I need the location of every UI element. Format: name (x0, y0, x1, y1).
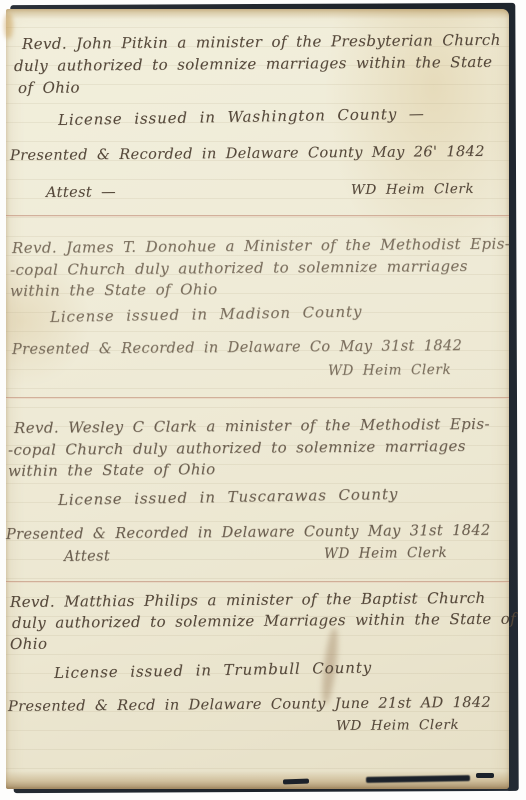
entry-divider (6, 215, 509, 216)
clerk-signature: WD Heim Clerk (336, 717, 459, 734)
entry-body-line: of Ohio (18, 78, 80, 97)
clerk-signature: WD Heim Clerk (351, 181, 474, 198)
attest-label: Attest — (46, 184, 116, 201)
ink-smudge (476, 773, 494, 778)
clerk-signature: WD Heim Clerk (324, 545, 447, 562)
paper-top-browned-edge (6, 9, 509, 19)
attest-label: Attest (64, 549, 110, 565)
scanned-register-page: Revd. John Pitkin a minister of the Pres… (0, 0, 526, 800)
clerk-signature: WD Heim Clerk (328, 362, 451, 379)
ink-smudge (283, 779, 309, 785)
entry-body-line: Ohio (10, 635, 48, 653)
paper-left-edge-chip (4, 13, 13, 39)
entry-divider (6, 581, 509, 582)
entry-body-line: within the State of Ohio (10, 280, 218, 300)
entry-divider (6, 397, 509, 398)
entry-body-line: within the State of Ohio (8, 460, 216, 480)
register-leaf: Revd. John Pitkin a minister of the Pres… (6, 9, 509, 789)
